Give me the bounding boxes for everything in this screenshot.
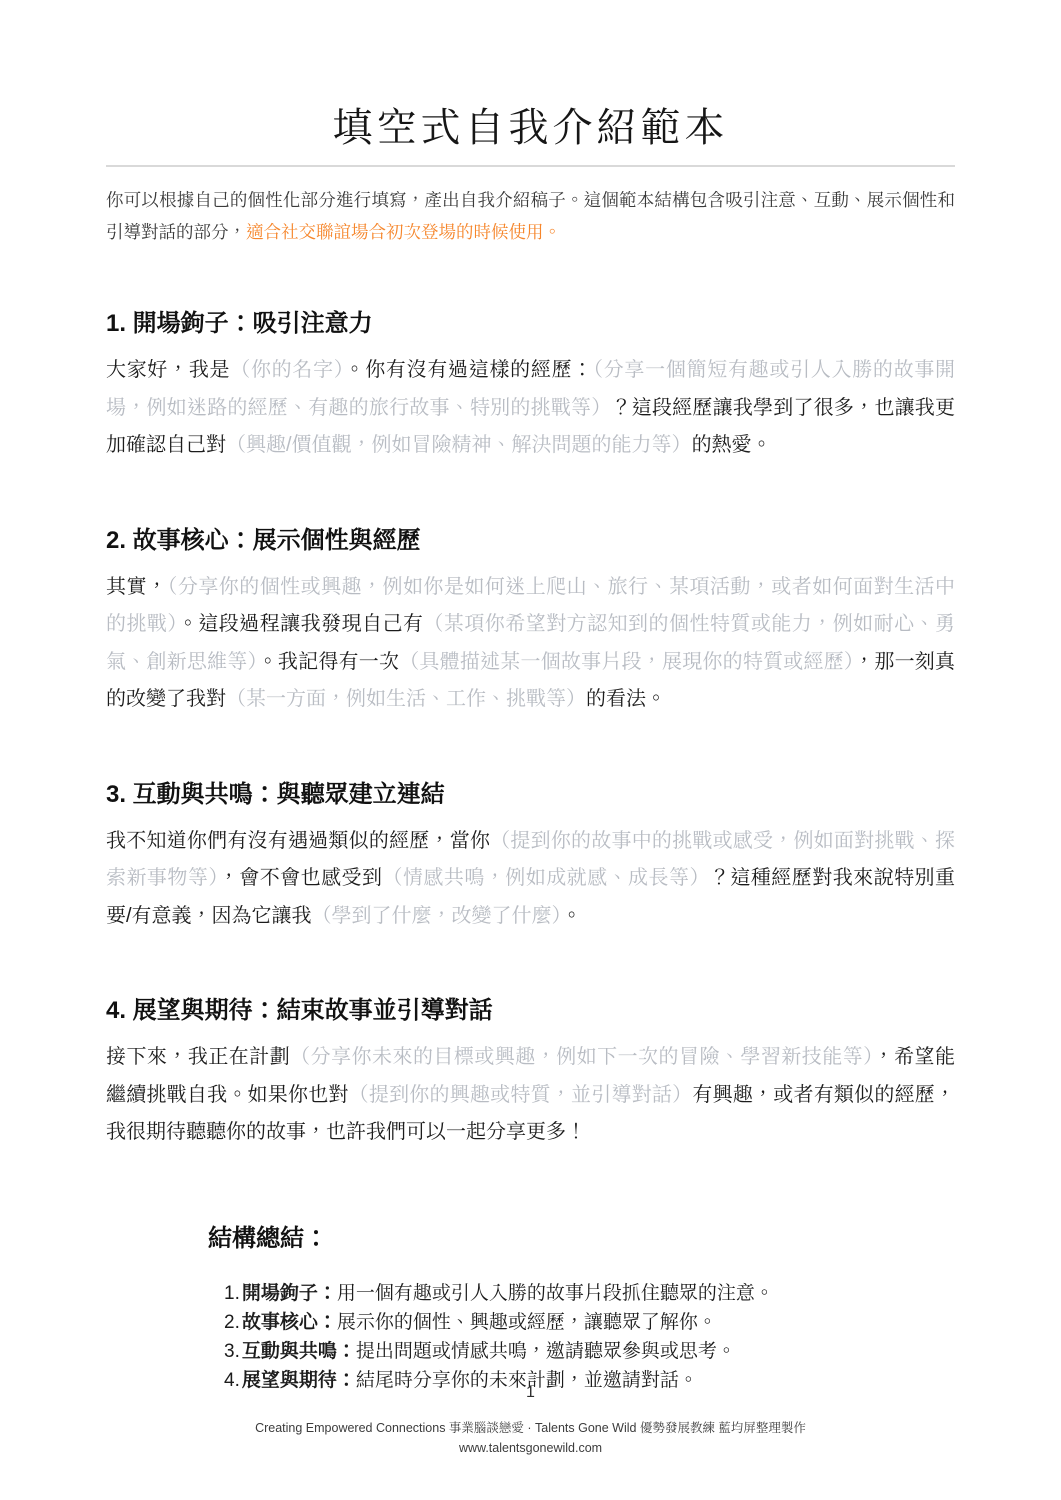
summary-list: 1.開場鉤子：用一個有趣或引人入勝的故事片段抓住聽眾的注意。2.故事核心：展示你… xyxy=(224,1279,955,1395)
section-heading: 3. 互動與共鳴：與聽眾建立連結 xyxy=(106,774,955,809)
section-heading: 1. 開場鉤子：吸引注意力 xyxy=(106,303,955,338)
summary-item-text: 用一個有趣或引人入勝的故事片段抓住聽眾的注意。 xyxy=(337,1283,774,1304)
summary-item-number: 1. xyxy=(224,1283,240,1304)
text-segment: 。我記得有一次 xyxy=(258,651,400,673)
summary-block: 結構總結： 1.開場鉤子：用一個有趣或引人入勝的故事片段抓住聽眾的注意。2.故事… xyxy=(208,1218,955,1395)
section-heading: 4. 展望與期待：結束故事並引導對話 xyxy=(106,990,955,1025)
placeholder-segment: （你的名字） xyxy=(230,359,344,381)
placeholder-segment: （學到了什麼，改變了什麼） xyxy=(312,905,562,927)
placeholder-segment: （提到你的興趣或特質，並引導對話） xyxy=(349,1084,693,1106)
footer-url: www.talentsgonewild.com xyxy=(0,1438,1061,1458)
summary-item-text: 展示你的個性、興趣或經歷，讓聽眾了解你。 xyxy=(337,1312,717,1333)
text-segment: 。這段過程讓我發現自己有 xyxy=(178,613,424,635)
placeholder-segment: （分享你未來的目標或興趣，例如下一次的冒險、學習新技能等） xyxy=(290,1046,873,1068)
text-segment: 。你有沒有過這樣的經歷： xyxy=(345,359,594,381)
sections: 1. 開場鉤子：吸引注意力大家好，我是（你的名字）。你有沒有過這樣的經歷：（分享… xyxy=(106,303,955,1152)
text-segment: 接下來，我正在計劃 xyxy=(106,1046,290,1068)
summary-item: 2.故事核心：展示你的個性、興趣或經歷，讓聽眾了解你。 xyxy=(224,1308,955,1337)
section-paragraph: 大家好，我是（你的名字）。你有沒有過這樣的經歷：（分享一個簡短有趣或引人入勝的故… xyxy=(106,352,955,465)
template-section: 1. 開場鉤子：吸引注意力大家好，我是（你的名字）。你有沒有過這樣的經歷：（分享… xyxy=(106,303,955,465)
summary-item-label: 互動與共鳴： xyxy=(242,1341,356,1362)
placeholder-segment: （興趣/價值觀，例如冒險精神、解決問題的能力等） xyxy=(226,434,692,456)
intro-paragraph: 你可以根據自己的個性化部分進行填寫，產出自我介紹稿子。這個範本結構包含吸引注意、… xyxy=(106,184,955,248)
section-heading: 2. 故事核心：展示個性與經歷 xyxy=(106,520,955,555)
section-paragraph: 接下來，我正在計劃（分享你未來的目標或興趣，例如下一次的冒險、學習新技能等），希… xyxy=(106,1039,955,1152)
text-segment: 的熱愛。 xyxy=(692,434,772,456)
summary-item: 1.開場鉤子：用一個有趣或引人入勝的故事片段抓住聽眾的注意。 xyxy=(224,1279,955,1308)
text-segment: ，會不會也感受到 xyxy=(219,867,383,889)
text-segment: 。 xyxy=(562,905,582,927)
text-segment: 其實， xyxy=(106,576,167,598)
template-section: 3. 互動與共鳴：與聽眾建立連結我不知道你們有沒有遇過類似的經歷，當你（提到你的… xyxy=(106,774,955,936)
summary-heading: 結構總結： xyxy=(208,1218,955,1253)
document-content: 填空式自我介紹範本 你可以根據自己的個性化部分進行填寫，產出自我介紹稿子。這個範… xyxy=(0,96,1061,1395)
footer-credit: Creating Empowered Connections 事業腦談戀愛 · … xyxy=(0,1418,1061,1438)
intro-highlight-text: 適合社交聯誼場合初次登場的時候使用。 xyxy=(246,222,561,242)
text-segment: 的看法。 xyxy=(586,688,666,710)
template-section: 2. 故事核心：展示個性與經歷其實，（分享你的個性或興趣，例如你是如何迷上爬山、… xyxy=(106,520,955,719)
text-segment: 我不知道你們有沒有遇過類似的經歷，當你 xyxy=(106,830,490,852)
page-number: 1 xyxy=(0,1384,1061,1402)
summary-item: 3.互動與共鳴：提出問題或情感共鳴，邀請聽眾參與或思考。 xyxy=(224,1337,955,1366)
text-segment: 大家好，我是 xyxy=(106,359,230,381)
document-footer: 1 Creating Empowered Connections 事業腦談戀愛 … xyxy=(0,1384,1061,1458)
title-divider xyxy=(106,165,955,167)
summary-item-label: 開場鉤子： xyxy=(242,1283,337,1304)
section-paragraph: 我不知道你們有沒有遇過類似的經歷，當你（提到你的故事中的挑戰或感受，例如面對挑戰… xyxy=(106,823,955,936)
document-page: 填空式自我介紹範本 你可以根據自己的個性化部分進行填寫，產出自我介紹稿子。這個範… xyxy=(0,0,1061,1500)
page-title: 填空式自我介紹範本 xyxy=(106,96,955,153)
template-section: 4. 展望與期待：結束故事並引導對話接下來，我正在計劃（分享你未來的目標或興趣，… xyxy=(106,990,955,1152)
placeholder-segment: （具體描述某一個故事片段，展現你的特質或經歷） xyxy=(399,651,854,673)
section-paragraph: 其實，（分享你的個性或興趣，例如你是如何迷上爬山、旅行、某項活動，或者如何面對生… xyxy=(106,569,955,719)
placeholder-segment: （情感共鳴，例如成就感、成長等） xyxy=(383,867,710,889)
summary-item-label: 故事核心： xyxy=(242,1312,337,1333)
placeholder-segment: （某一方面，例如生活、工作、挑戰等） xyxy=(226,688,586,710)
summary-item-number: 2. xyxy=(224,1312,240,1333)
summary-item-text: 提出問題或情感共鳴，邀請聽眾參與或思考。 xyxy=(356,1341,736,1362)
summary-item-number: 3. xyxy=(224,1341,240,1362)
